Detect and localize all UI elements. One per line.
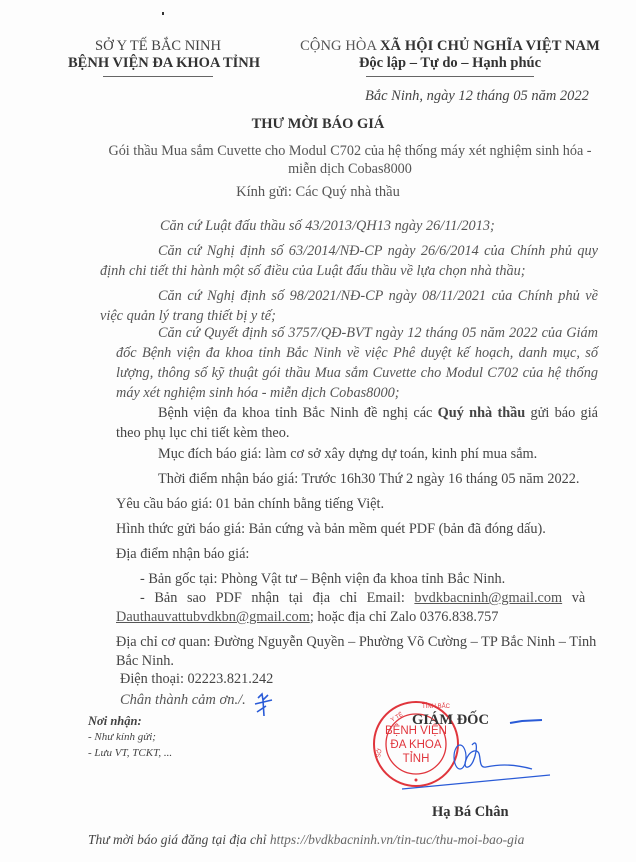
country-name: CỘNG HÒA XÃ HỘI CHỦ NGHĨA VIỆT NAM [285, 38, 615, 55]
director-name: Hạ Bá Chân [432, 804, 509, 821]
requirement: Yêu cầu báo giá: 01 bản chính bằng tiếng… [116, 496, 384, 513]
pdf-copy: - Bản sao PDF nhận tại địa chỉ Email: bv… [140, 590, 585, 607]
document-title: THƯ MỜI BÁO GIÁ [0, 116, 636, 133]
signature-icon [400, 705, 560, 795]
original-copy: - Bản gốc tại: Phòng Vật tư – Bệnh viện … [140, 571, 505, 588]
legal-basis-1: Căn cứ Luật đấu thầu số 43/2013/QH13 ngà… [116, 216, 586, 236]
legal-basis-3: Căn cứ Nghị định số 98/2021/NĐ-CP ngày 0… [100, 286, 598, 326]
phone: Điện thoại: 02223.821.242 [120, 671, 273, 688]
legal-basis-2: Căn cứ Nghị định số 63/2014/NĐ-CP ngày 2… [100, 241, 598, 281]
issuing-agency: SỞ Y TẾ BẮC NINH BỆNH VIỆN ĐA KHOA TỈNH [68, 38, 248, 77]
document-page: SỞ Y TẾ BẮC NINH BỆNH VIỆN ĐA KHOA TỈNH … [0, 0, 636, 862]
motto: Độc lập – Tự do – Hạnh phúc [285, 55, 615, 72]
recipient-item: - Như kính gửi; [88, 729, 172, 745]
recipients-heading: Nơi nhận: [88, 713, 172, 729]
office-address: Địa chỉ cơ quan: Đường Nguyễn Quyền – Ph… [116, 633, 601, 671]
motto-underline [366, 76, 534, 77]
purpose: Mục đích báo giá: làm cơ sở xây dựng dự … [158, 446, 537, 463]
agency-name: BỆNH VIỆN ĐA KHOA TỈNH [68, 55, 248, 72]
email-link-2[interactable]: Dauthauvattubvdkbn@gmail.com [116, 609, 310, 625]
document-date: Bắc Ninh, ngày 12 tháng 05 năm 2022 [365, 88, 589, 105]
agency-parent: SỞ Y TẾ BẮC NINH [68, 38, 248, 55]
legal-basis-4: Căn cứ Quyết định số 3757/QĐ-BVT ngày 12… [116, 323, 598, 403]
national-motto: CỘNG HÒA XÃ HỘI CHỦ NGHĨA VIỆT NAM Độc l… [285, 38, 615, 77]
document-subject: Gói thầu Mua sắm Cuvette cho Modul C702 … [100, 142, 600, 178]
request-paragraph: Bệnh viện đa khoa tỉnh Bắc Ninh đề nghị … [116, 403, 598, 443]
agency-underline [103, 76, 213, 77]
pdf-copy-cont: Dauthauvattubvdkbn@gmail.com; hoặc địa c… [116, 609, 498, 626]
recipients: Nơi nhận: - Như kính gửi; - Lưu VT, TCKT… [88, 713, 172, 761]
scan-speck [162, 12, 164, 15]
recipient-item: - Lưu VT, TCKT, ... [88, 745, 172, 761]
footer-note: Thư mời báo giá đăng tại địa chỉ https:/… [88, 832, 524, 848]
initials-mark-icon [252, 690, 276, 720]
deadline: Thời điểm nhận báo giá: Trước 16h30 Thứ … [158, 471, 580, 488]
sign-off: Chân thành cảm ơn./. [120, 692, 246, 709]
footer-url-link[interactable]: https://bvdkbacninh.vn/tin-tuc/thu-moi-b… [270, 832, 525, 847]
email-link-1[interactable]: bvdkbacninh@gmail.com [414, 590, 562, 606]
submission-form: Hình thức gửi báo giá: Bản cứng và bản m… [116, 521, 546, 538]
greeting: Kính gửi: Các Quý nhà thầu [0, 184, 636, 201]
location-label: Địa điểm nhận báo giá: [116, 546, 249, 563]
